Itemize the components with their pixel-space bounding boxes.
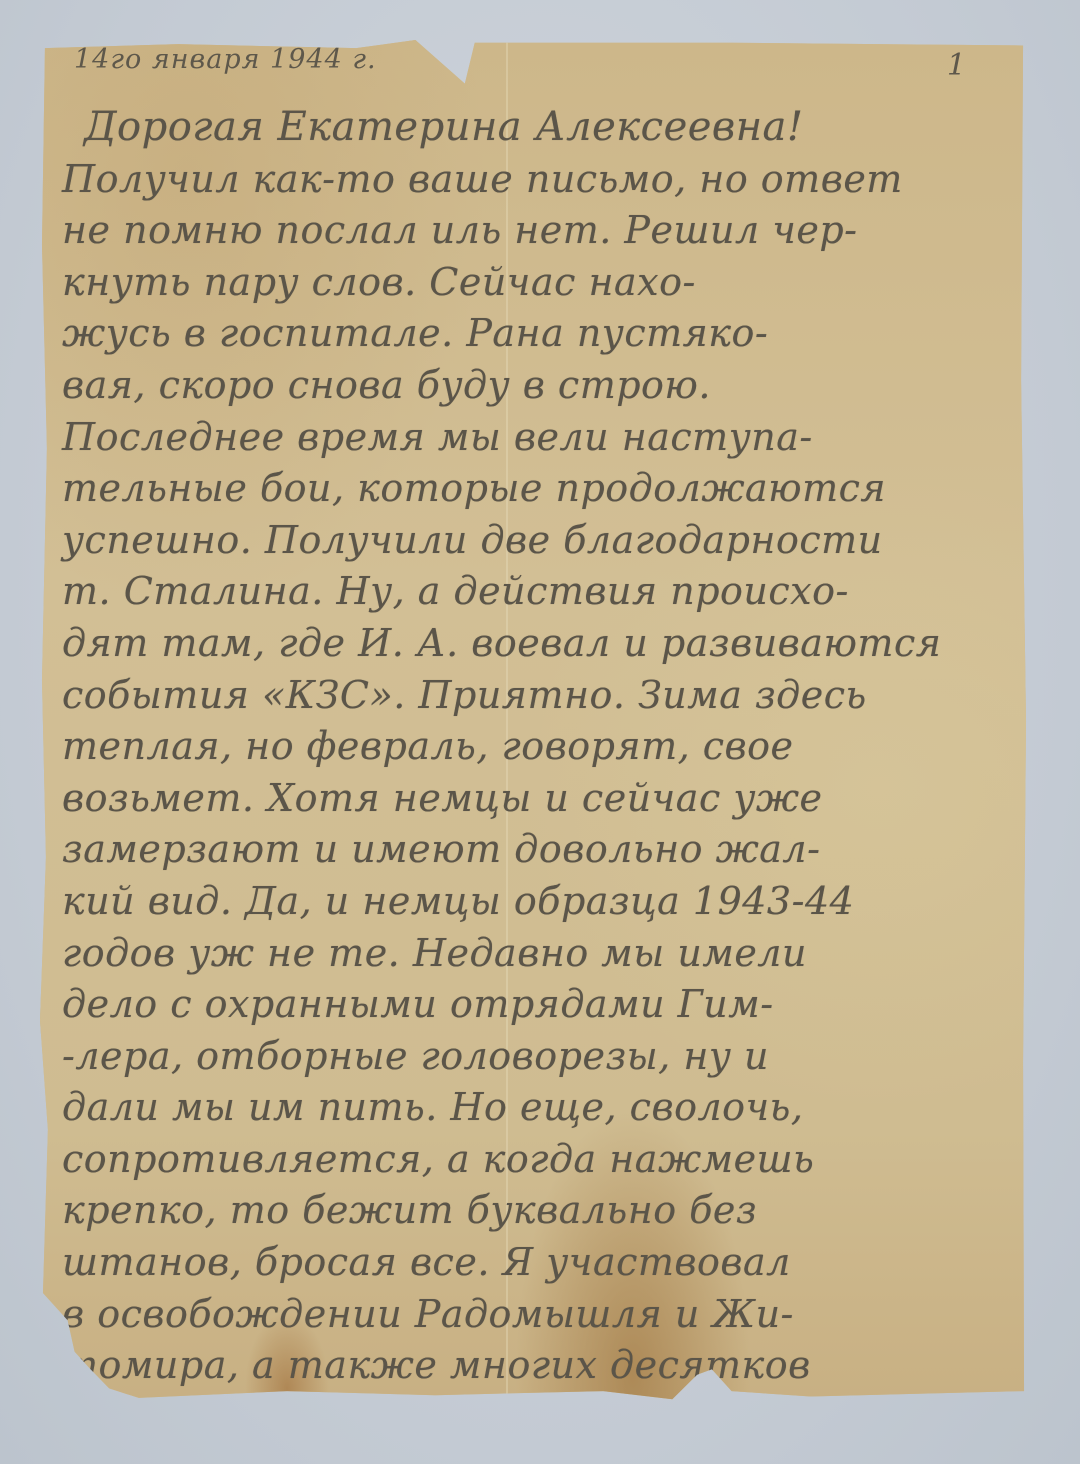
letter-line: крепко, то бежит буквально без: [62, 1185, 1012, 1237]
letter-line: кнуть пару слов. Сейчас нахо-: [62, 257, 1012, 309]
letter-line: дят там, где И. А. воевал и развиваются: [62, 618, 1012, 670]
letter-line: штанов, бросая все. Я участвовал: [62, 1237, 1012, 1289]
letter-line: жусь в госпитале. Рана пустяко-: [62, 308, 1012, 360]
handwritten-letter-page: 14го января 1944 г. 1 Дорогая Екатерина …: [40, 40, 1028, 1402]
letter-greeting: Дорогая Екатерина Алексеевна!: [62, 102, 1012, 154]
letter-line: т. Сталина. Ну, а действия происхо-: [62, 566, 1012, 618]
letter-line: кий вид. Да, и немцы образца 1943-44: [62, 876, 1012, 928]
letter-line: события «КЗС». Приятно. Зима здесь: [62, 670, 1012, 722]
letter-line: дали мы им пить. Но еще, сволочь,: [62, 1082, 1012, 1134]
letter-date: 14го января 1944 г.: [74, 44, 377, 75]
letter-line: тельные бои, которые продолжаются: [62, 463, 1012, 515]
letter-line: вая, скоро снова буду в строю.: [62, 360, 1012, 412]
page-number: 1: [947, 48, 966, 83]
letter-line: успешно. Получили две благодарности: [62, 515, 1012, 567]
letter-line: Последнее время мы вели наступа-: [62, 412, 1012, 464]
letter-line: годов уж не те. Недавно мы имели: [62, 928, 1012, 980]
letter-line: замерзают и имеют довольно жал-: [62, 824, 1012, 876]
letter-line: не помню послал иль нет. Решил чер-: [62, 205, 1012, 257]
letter-line: -лера, отборные головорезы, ну и: [62, 1031, 1012, 1083]
letter-body: Дорогая Екатерина Алексеевна! Получил ка…: [62, 102, 1012, 1392]
letter-line: дело с охранными отрядами Гим-: [62, 979, 1012, 1031]
letter-line: в освобождении Радомышля и Жи-: [62, 1289, 1012, 1341]
letter-line: теплая, но февраль, говорят, свое: [62, 721, 1012, 773]
letter-line: возьмет. Хотя немцы и сейчас уже: [62, 773, 1012, 825]
letter-line: томира, а также многих десятков: [62, 1340, 1012, 1392]
letter-line: сопротивляется, а когда нажмешь: [62, 1134, 1012, 1186]
letter-line: Получил как-то ваше письмо, но ответ: [62, 154, 1012, 206]
